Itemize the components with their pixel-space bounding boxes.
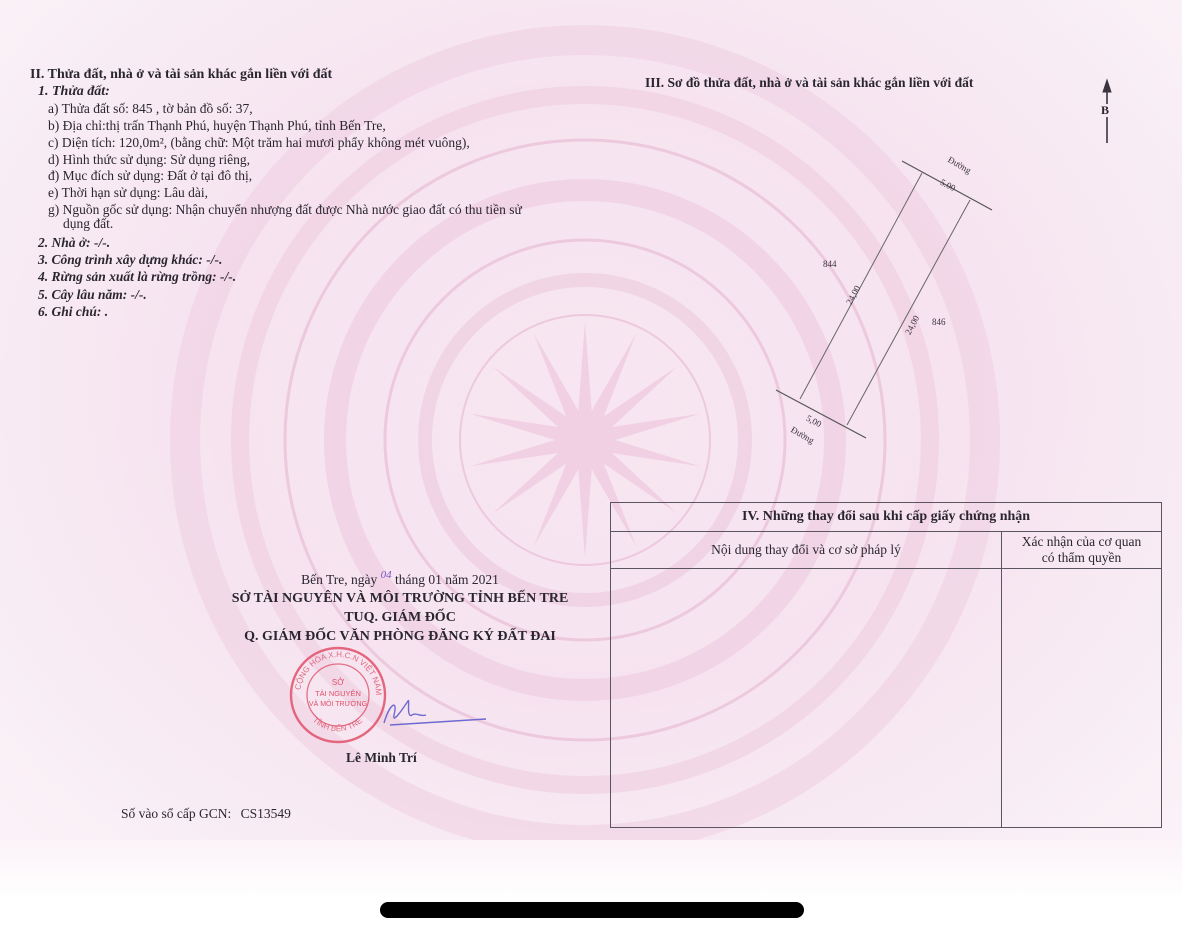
change-content-cell	[611, 569, 1002, 828]
authority-confirmation-cell	[1002, 569, 1162, 828]
neighbor-left-label: 844	[823, 259, 837, 269]
svg-text:TÀI NGUYÊN: TÀI NGUYÊN	[315, 689, 361, 698]
col-authority-confirmation: Xác nhận của cơ quan có thẩm quyền	[1002, 532, 1162, 569]
official-stamp: CỘNG HÒA X.H.C.N VIỆT NAM TỈNH BẾN TRE S…	[288, 645, 388, 745]
issue-day: 04	[381, 569, 392, 581]
registry-number: Số vào sổ cấp GCN: CS13549	[121, 806, 291, 822]
signer-role-2: Q. GIÁM ĐỐC VĂN PHÒNG ĐĂNG KÝ ĐẤT ĐAI	[190, 629, 610, 645]
svg-text:SỞ: SỞ	[332, 678, 344, 687]
changes-table: IV. Những thay đổi sau khi cấp giấy chứn…	[610, 502, 1162, 828]
issue-date: Bến Tre, ngày 04 tháng 01 năm 2021	[190, 572, 610, 588]
signer-name: Lê Minh Trí	[346, 750, 417, 766]
home-indicator[interactable]	[380, 902, 804, 918]
section4-heading: IV. Những thay đổi sau khi cấp giấy chứn…	[611, 503, 1162, 532]
col-change-content: Nội dung thay đổi và cơ sở pháp lý	[611, 532, 1002, 569]
registry-value: CS13549	[241, 806, 291, 821]
issuing-org: SỞ TÀI NGUYÊN VÀ MÔI TRƯỜNG TỈNH BẾN TRE	[190, 591, 610, 607]
svg-text:TỈNH BẾN TRE: TỈNH BẾN TRE	[311, 715, 364, 733]
signer-role-1: TUQ. GIÁM ĐỐC	[190, 610, 610, 626]
north-label: B	[1101, 104, 1109, 117]
registry-label: Số vào sổ cấp GCN:	[121, 806, 231, 821]
svg-text:VÀ MÔI TRƯỜNG: VÀ MÔI TRƯỜNG	[309, 699, 367, 708]
neighbor-right-label: 846	[932, 317, 946, 327]
handwritten-signature	[380, 695, 490, 735]
